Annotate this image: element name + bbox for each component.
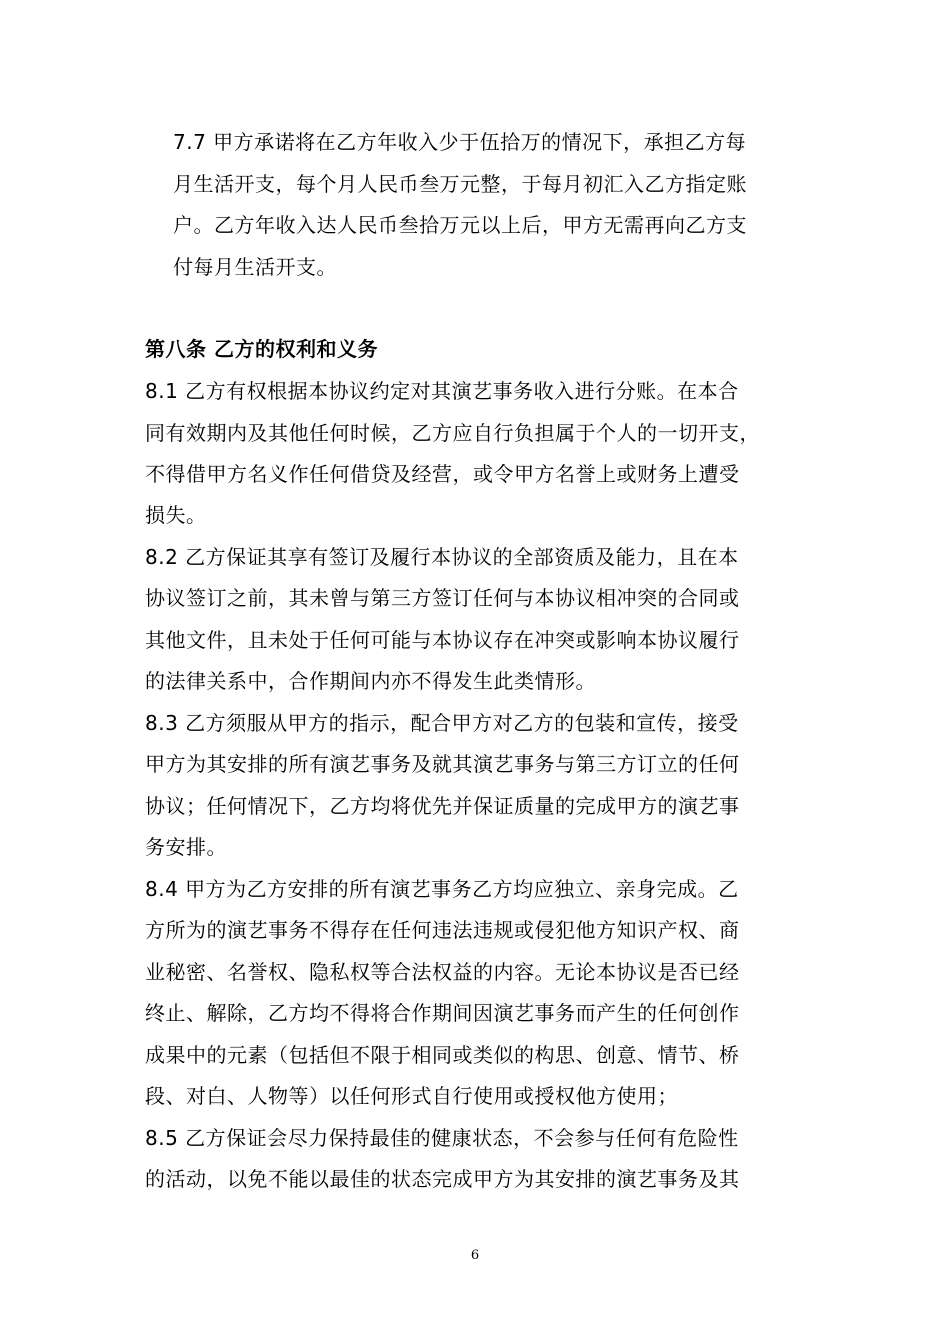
page-number: 6	[0, 1248, 950, 1263]
article-heading: 第八条 乙方的权利和义务	[145, 337, 378, 361]
text-line: 其他文件，且未处于任何可能与本协议存在冲突或影响本协议履行	[145, 628, 740, 652]
text-line: 协议；任何情况下，乙方均将优先并保证质量的完成甲方的演艺事	[145, 794, 740, 818]
text-line: 协议签订之前，其未曾与第三方签订任何与本协议相冲突的合同或	[145, 586, 740, 610]
text-line: 7.7 甲方承诺将在乙方年收入少于伍拾万的情况下，承担乙方每	[173, 130, 746, 154]
text-line: 段、对白、人物等）以任何形式自行使用或授权他方使用；	[145, 1084, 678, 1108]
text-line: 的活动，以免不能以最佳的状态完成甲方为其安排的演艺事务及其	[145, 1167, 740, 1191]
text-line: 8.1 乙方有权根据本协议约定对其演艺事务收入进行分账。在本合	[145, 379, 739, 403]
text-line: 的法律关系中，合作期间内亦不得发生此类情形。	[145, 669, 596, 693]
text-line: 业秘密、名誉权、隐私权等合法权益的内容。无论本协议是否已经	[145, 960, 740, 984]
text-line: 8.4 甲方为乙方安排的所有演艺事务乙方均应独立、亲身完成。乙	[145, 877, 739, 901]
text-line: 同有效期内及其他任何时候，乙方应自行负担属于个人的一切开支，	[145, 421, 760, 445]
text-line: 付每月生活开支。	[173, 255, 337, 279]
document-page: 7.7 甲方承诺将在乙方年收入少于伍拾万的情况下，承担乙方每 月生活开支，每个月…	[0, 0, 950, 1344]
text-line: 终止、解除，乙方均不得将合作期间因演艺事务而产生的任何创作	[145, 1001, 740, 1025]
text-line: 不得借甲方名义作任何借贷及经营，或令甲方名誉上或财务上遭受	[145, 462, 740, 486]
text-line: 8.5 乙方保证会尽力保持最佳的健康状态，不会参与任何有危险性	[145, 1126, 739, 1150]
text-line: 损失。	[145, 503, 207, 527]
text-line: 8.3 乙方须服从甲方的指示，配合甲方对乙方的包装和宣传，接受	[145, 711, 739, 735]
text-line: 甲方为其安排的所有演艺事务及就其演艺事务与第三方订立的任何	[145, 752, 740, 776]
text-line: 8.2 乙方保证其享有签订及履行本协议的全部资质及能力，且在本	[145, 545, 739, 569]
text-line: 成果中的元素（包括但不限于相同或类似的构思、创意、情节、桥	[145, 1043, 740, 1067]
text-line: 务安排。	[145, 835, 227, 859]
text-line: 方所为的演艺事务不得存在任何违法违规或侵犯他方知识产权、商	[145, 918, 740, 942]
text-line: 月生活开支，每个月人民币叁万元整，于每月初汇入乙方指定账	[173, 172, 747, 196]
text-line: 户。乙方年收入达人民币叁拾万元以上后，甲方无需再向乙方支	[173, 213, 747, 237]
